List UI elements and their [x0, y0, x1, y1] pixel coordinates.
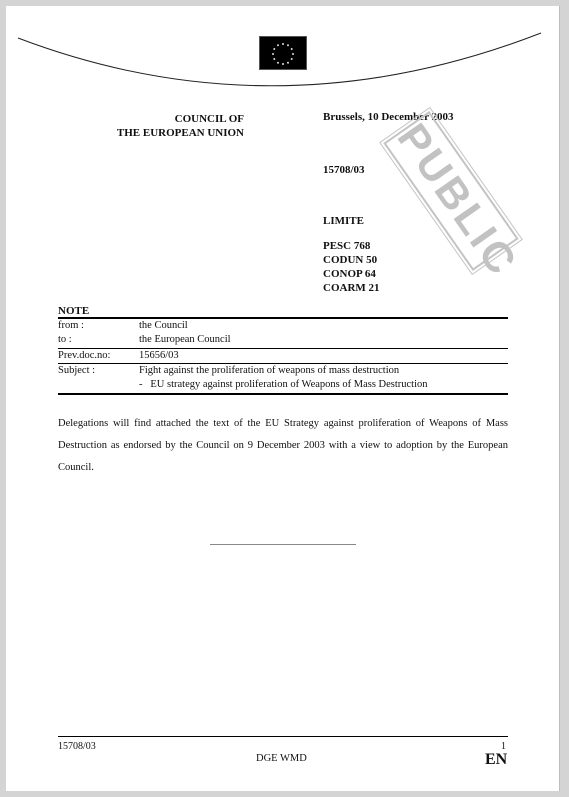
footer-department: DGE WMD: [256, 753, 307, 764]
note-title: NOTE: [58, 305, 89, 317]
note-rule: [58, 348, 508, 349]
eu-flag-icon: [259, 36, 307, 70]
institution-line-1: COUNCIL OF: [86, 112, 244, 126]
note-label: Subject :: [58, 364, 95, 378]
institution-line-2: THE EUROPEAN UNION: [86, 126, 244, 140]
note-label: from :: [58, 319, 84, 333]
place-date: Brussels, 10 December 2003: [323, 110, 454, 124]
note-label: to :: [58, 333, 72, 347]
note-value: - EU strategy against proliferation of W…: [139, 378, 428, 392]
note-value: the European Council: [139, 333, 231, 347]
footer-doc-ref: 15708/03: [58, 741, 96, 752]
code-codun: CODUN 50: [323, 253, 380, 267]
note-rule-bottom: [58, 393, 508, 395]
body-paragraph: Delegations will find attached the text …: [58, 413, 508, 479]
footer-language: EN: [485, 751, 507, 769]
classification: LIMITE: [323, 214, 364, 228]
footer-rule: [58, 736, 508, 737]
code-coarm: COARM 21: [323, 281, 380, 295]
note-value: Fight against the proliferation of weapo…: [139, 364, 399, 378]
public-stamp: PUBLIC: [383, 111, 518, 271]
code-pesc: PESC 768: [323, 239, 380, 253]
document-page: COUNCIL OF THE EUROPEAN UNION Brussels, …: [6, 6, 560, 791]
doc-number: 15708/03: [323, 163, 365, 177]
end-separator: [210, 544, 356, 545]
doc-codes: PESC 768 CODUN 50 CONOP 64 COARM 21: [323, 239, 380, 295]
note-label: Prev.doc.no:: [58, 349, 110, 363]
code-conop: CONOP 64: [323, 267, 380, 281]
note-rule-top: [58, 317, 508, 319]
institution-name: COUNCIL OF THE EUROPEAN UNION: [86, 112, 244, 140]
note-value: 15656/03: [139, 349, 179, 363]
note-value: the Council: [139, 319, 188, 333]
